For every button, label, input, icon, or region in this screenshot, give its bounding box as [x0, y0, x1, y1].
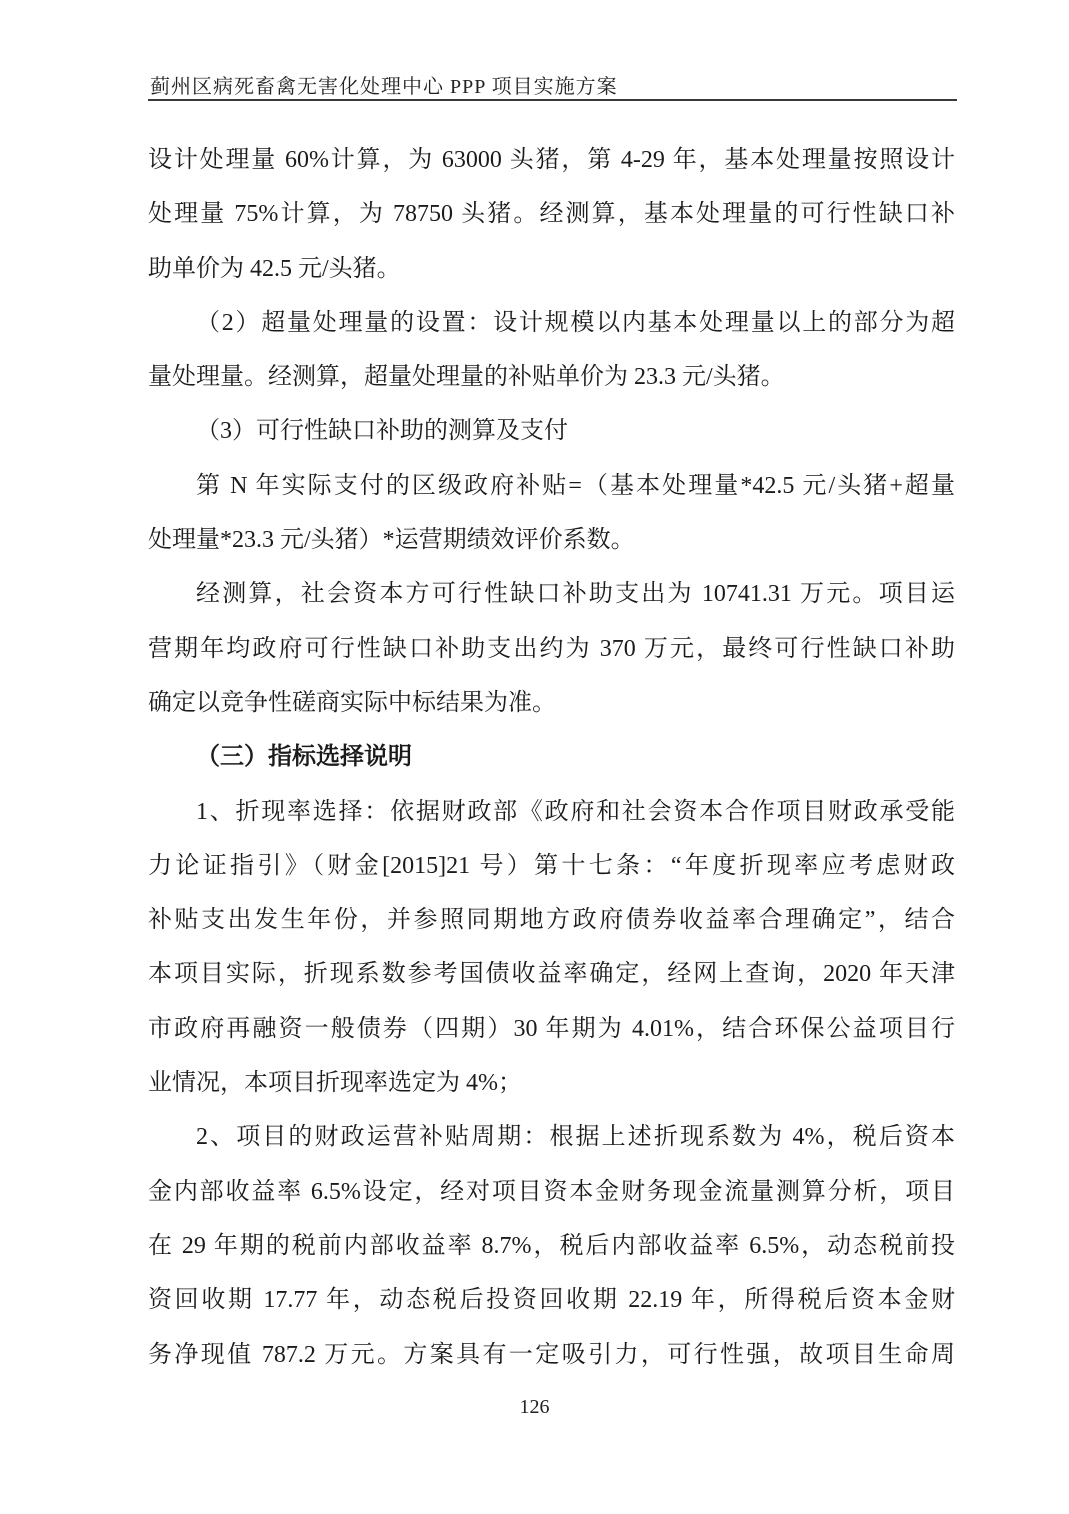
page-number: 126: [0, 1396, 1069, 1419]
body-line: 确定以竞争性磋商实际中标结果为准。: [148, 676, 955, 730]
body-line: 补贴支出发生年份，并参照同期地方政府债券收益率合理确定”，结合: [148, 893, 955, 947]
body-line: 量处理量。经测算，超量处理量的补贴单价为 23.3 元/头猪。: [148, 350, 955, 404]
body-line: （3）可行性缺口补助的测算及支付: [148, 404, 955, 458]
section-heading: （三）指标选择说明: [148, 730, 955, 784]
body-line: 处理量*23.3 元/头猪）*运营期绩效评价系数。: [148, 513, 955, 567]
body-line: 在 29 年期的税前内部收益率 8.7%，税后内部收益率 6.5%，动态税前投: [148, 1219, 955, 1273]
document-body: 设计处理量 60%计算，为 63000 头猪，第 4-29 年，基本处理量按照设…: [148, 133, 955, 1382]
body-line: 资回收期 17.77 年，动态税后投资回收期 22.19 年，所得税后资本金财: [148, 1273, 955, 1327]
body-line: 力论证指引》（财金[2015]21 号）第十七条：“年度折现率应考虑财政: [148, 839, 955, 893]
body-line: 1、折现率选择：依据财政部《政府和社会资本合作项目财政承受能: [148, 785, 955, 839]
body-line: 本项目实际，折现系数参考国债收益率确定，经网上查询，2020 年天津: [148, 947, 955, 1001]
body-line: 营期年均政府可行性缺口补助支出约为 370 万元，最终可行性缺口补助: [148, 622, 955, 676]
body-line: 务净现值 787.2 万元。方案具有一定吸引力，可行性强，故项目生命周: [148, 1328, 955, 1382]
body-line: 业情况，本项目折现率选定为 4%；: [148, 1056, 955, 1110]
body-line: 设计处理量 60%计算，为 63000 头猪，第 4-29 年，基本处理量按照设…: [148, 133, 955, 187]
body-line: 处理量 75%计算，为 78750 头猪。经测算，基本处理量的可行性缺口补: [148, 187, 955, 241]
body-line: 2、项目的财政运营补贴周期：根据上述折现系数为 4%，税后资本: [148, 1110, 955, 1164]
body-line: 市政府再融资一般债券（四期）30 年期为 4.01%，结合环保公益项目行: [148, 1002, 955, 1056]
body-line: 助单价为 42.5 元/头猪。: [148, 242, 955, 296]
body-line: 经测算，社会资本方可行性缺口补助支出为 10741.31 万元。项目运: [148, 567, 955, 621]
page-header-title: 蓟州区病死畜禽无害化处理中心 PPP 项目实施方案: [150, 70, 618, 99]
body-line: 第 N 年实际支付的区级政府补贴=（基本处理量*42.5 元/头猪+超量: [148, 459, 955, 513]
document-page: 蓟州区病死畜禽无害化处理中心 PPP 项目实施方案 设计处理量 60%计算，为 …: [0, 0, 1069, 1514]
body-line: 金内部收益率 6.5%设定，经对项目资本金财务现金流量测算分析，项目: [148, 1165, 955, 1219]
body-line: （2）超量处理量的设置：设计规模以内基本处理量以上的部分为超: [148, 296, 955, 350]
header-divider-rule: [148, 99, 957, 101]
